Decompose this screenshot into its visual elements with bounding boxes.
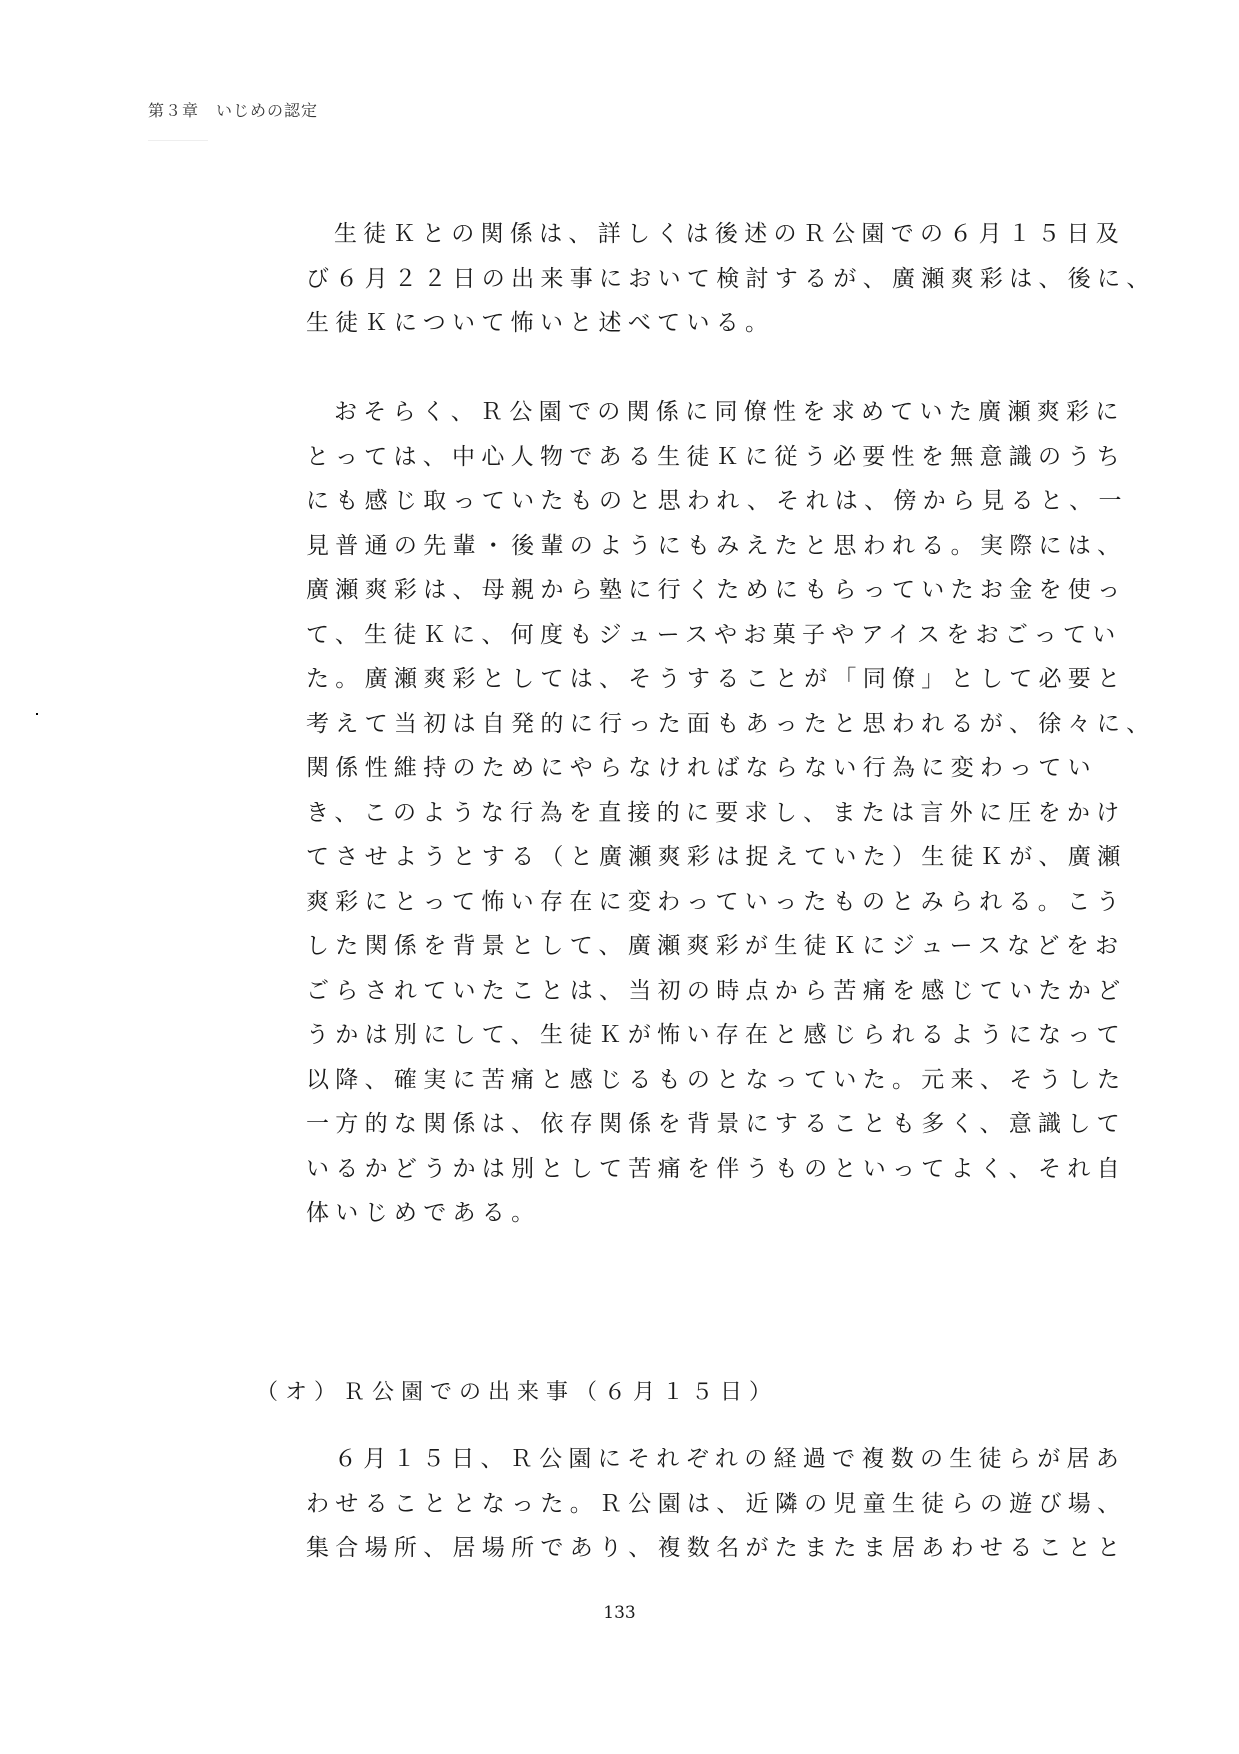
text-line: 生徒Ｋとの関係は、詳しくは後述のＲ公園での６月１５日及 [306, 212, 1046, 257]
text-line: とっては、中心人物である生徒Ｋに従う必要性を無意識のうち [306, 435, 1046, 480]
text-line: ６月１５日、Ｒ公園にそれぞれの経過で複数の生徒らが居あ [306, 1437, 1046, 1482]
text-line: 集合場所、居場所であり、複数名がたまたま居あわせることと [306, 1526, 1046, 1571]
text-line: わせることとなった。Ｒ公園は、近隣の児童生徒らの遊び場、 [306, 1482, 1046, 1527]
text-line: 生徒Ｋについて怖いと述べている。 [306, 301, 1046, 346]
text-line: てさせようとする（と廣瀬爽彩は捉えていた）生徒Ｋが、廣瀬 [306, 835, 1046, 880]
page-number: 133 [0, 1603, 1239, 1623]
text-line: した関係を背景として、廣瀬爽彩が生徒Ｋにジュースなどをお [306, 924, 1046, 969]
paragraph-june-15: ６月１５日、Ｒ公園にそれぞれの経過で複数の生徒らが居あ わせることとなった。Ｒ公… [306, 1437, 1046, 1571]
text-line: 関係性維持のためにやらなければならない行為に変わってい [306, 746, 1046, 791]
text-line: 体いじめである。 [306, 1191, 1046, 1236]
text-line: うかは別にして、生徒Ｋが怖い存在と感じられるようになって [306, 1013, 1046, 1058]
text-line: 一方的な関係は、依存関係を背景にすることも多く、意識して [306, 1102, 1046, 1147]
text-line: 見普通の先輩・後輩のようにもみえたと思われる。実際には、 [306, 524, 1046, 569]
text-line: 考えて当初は自発的に行った面もあったと思われるが、徐々に、 [306, 702, 1046, 747]
text-line: き、このような行為を直接的に要求し、または言外に圧をかけ [306, 791, 1046, 836]
text-line: 廣瀬爽彩は、母親から塾に行くためにもらっていたお金を使っ [306, 568, 1046, 613]
text-line: おそらく、Ｒ公園での関係に同僚性を求めていた廣瀬爽彩に [306, 390, 1046, 435]
text-line: て、生徒Ｋに、何度もジュースやお菓子やアイスをおごってい [306, 613, 1046, 658]
text-line: ごらされていたことは、当初の時点から苦痛を感じていたかど [306, 969, 1046, 1014]
text-line: 爽彩にとって怖い存在に変わっていったものとみられる。こう [306, 880, 1046, 925]
paragraph-k-relationship: 生徒Ｋとの関係は、詳しくは後述のＲ公園での６月１５日及 び６月２２日の出来事にお… [306, 212, 1046, 346]
header-divider [148, 140, 208, 141]
text-line: にも感じ取っていたものと思われ、それは、傍から見ると、一 [306, 479, 1046, 524]
text-line: び６月２２日の出来事において検討するが、廣瀬爽彩は、後に、 [306, 257, 1046, 302]
text-line: いるかどうかは別として苦痛を伴うものといってよく、それ自 [306, 1147, 1046, 1192]
chapter-header: 第３章 いじめの認定 [148, 98, 318, 121]
text-line: た。廣瀬爽彩としては、そうすることが「同僚」として必要と [306, 657, 1046, 702]
text-line: 以降、確実に苦痛と感じるものとなっていた。元来、そうした [306, 1058, 1046, 1103]
section-heading: （オ）Ｒ公園での出来事（６月１５日） [256, 1375, 778, 1406]
margin-mark [36, 713, 38, 715]
paragraph-analysis: おそらく、Ｒ公園での関係に同僚性を求めていた廣瀬爽彩に とっては、中心人物である… [306, 390, 1046, 1236]
